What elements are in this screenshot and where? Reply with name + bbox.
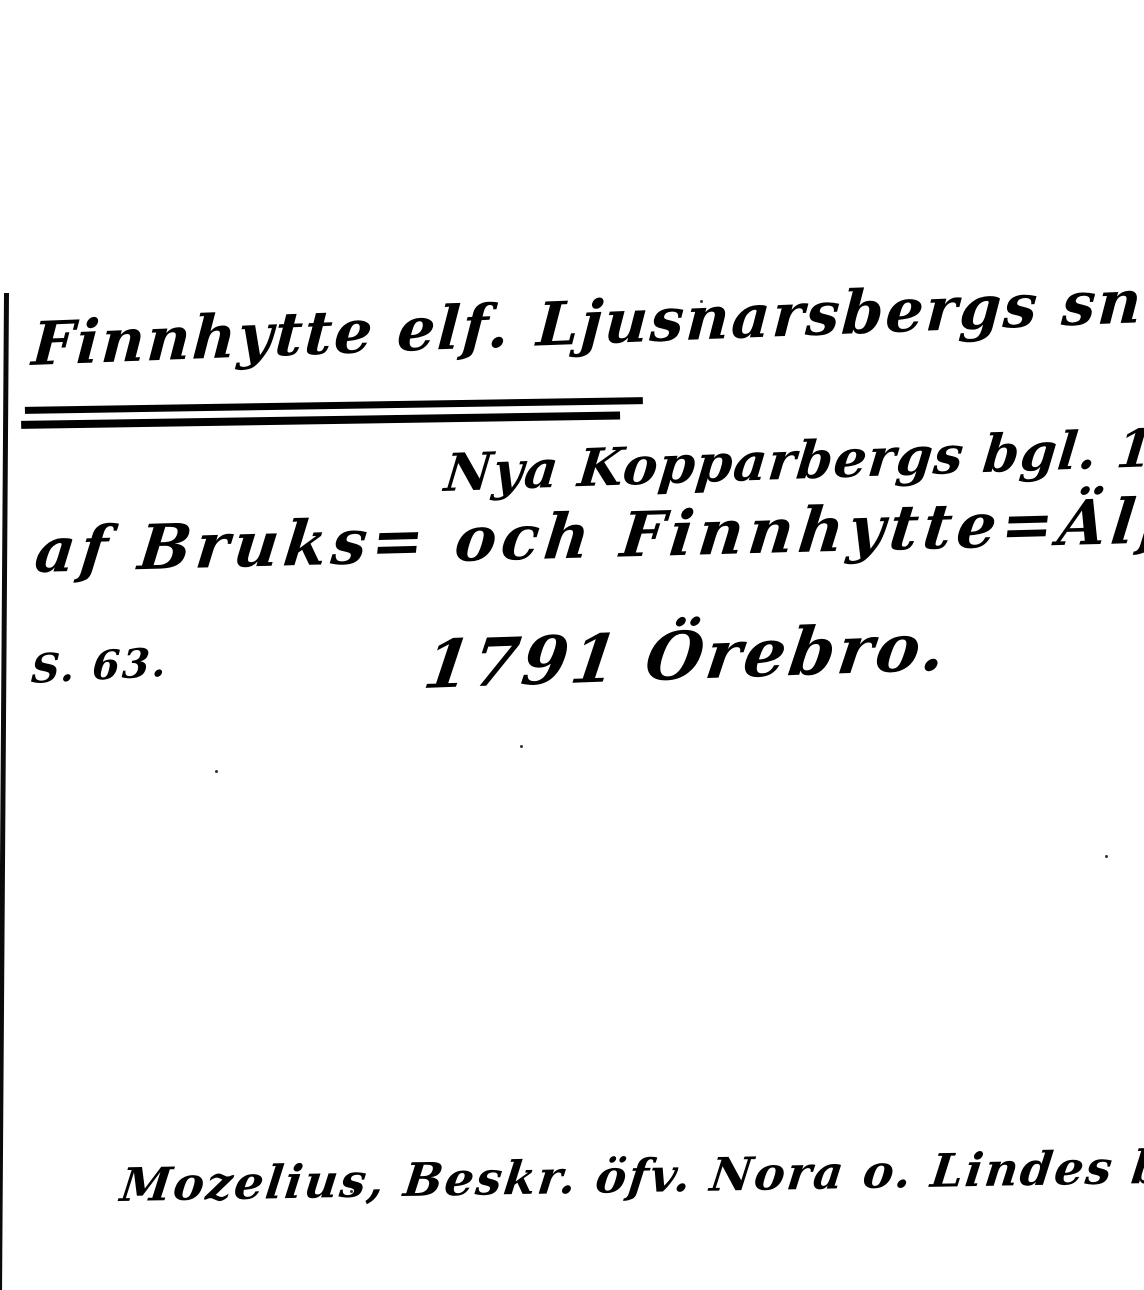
left-margin-rule bbox=[0, 293, 9, 1290]
headword-underline bbox=[25, 397, 643, 429]
scan-speck bbox=[520, 745, 523, 748]
scan-speck bbox=[215, 770, 218, 773]
parish-note: Ljusnarsbergs sn. bbox=[534, 266, 1144, 360]
scan-speck bbox=[350, 1190, 353, 1193]
quoted-name-form: af Bruks= och Finnhytte=Älf, bbox=[32, 489, 1144, 582]
scanned-index-card: Finnhytte elf.Ljusnarsbergs sn. Nya Kopp… bbox=[0, 0, 1144, 1290]
scan-speck bbox=[700, 300, 703, 303]
headword-underline-bar-2 bbox=[21, 412, 621, 429]
source-citation: Mozelius, Beskr. öfv. Nora o. Lindes bgl… bbox=[118, 1142, 1144, 1208]
headword-underline-bar-1 bbox=[25, 397, 643, 414]
scan-speck bbox=[1105, 855, 1108, 858]
year-and-place: 1791 Örebro. bbox=[420, 613, 953, 698]
headword-line: Finnhytte elf.Ljusnarsbergs sn. bbox=[30, 271, 1144, 375]
page-reference: S. 63. bbox=[30, 643, 169, 690]
headword: Finnhytte elf. bbox=[30, 291, 513, 380]
